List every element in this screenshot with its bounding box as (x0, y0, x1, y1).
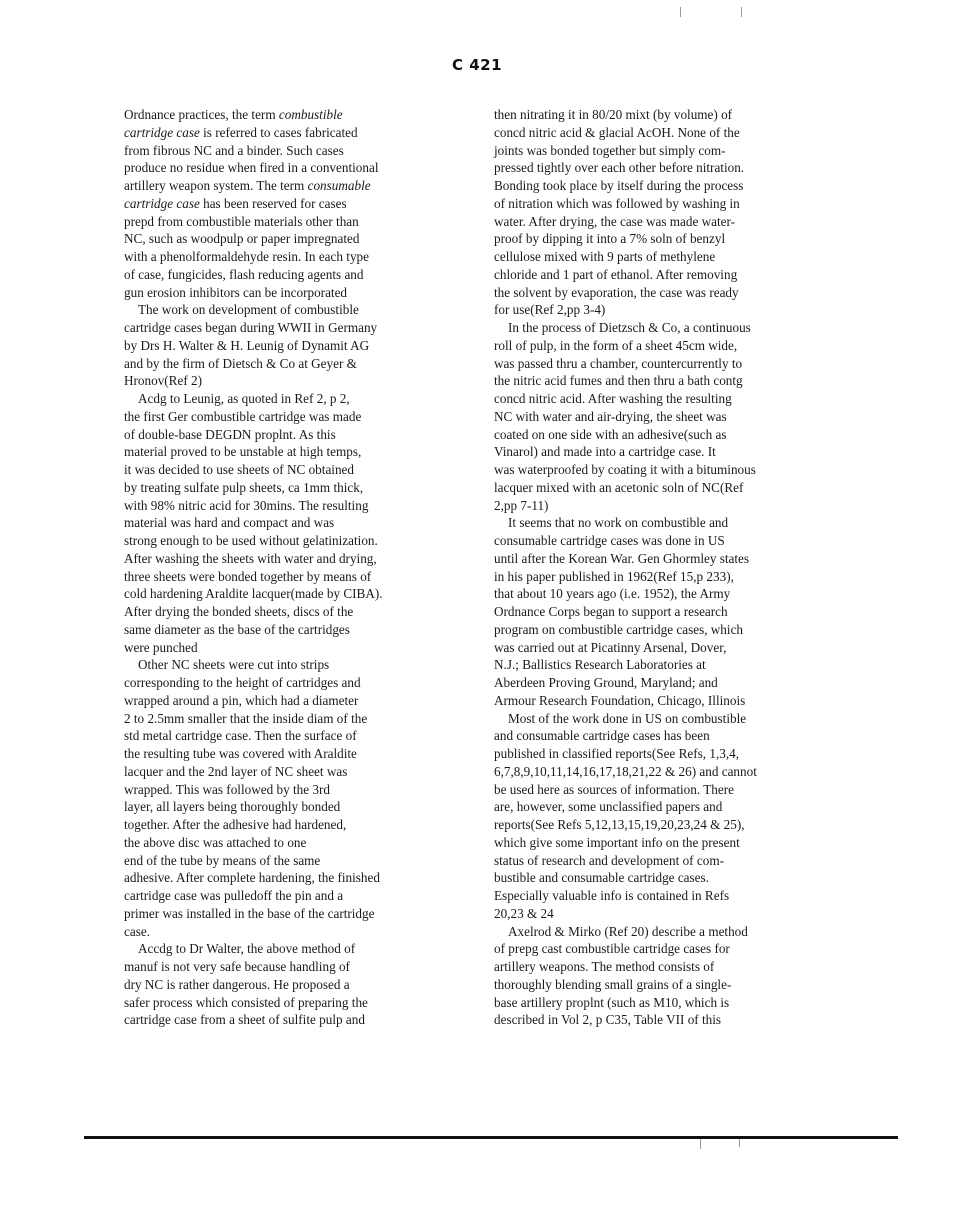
text-segment: cartridge case was pulledoff the pin and… (124, 888, 343, 903)
text-segment: gun erosion inhibitors can be incorporat… (124, 285, 347, 300)
text-line: strong enough to be used without gelatin… (124, 532, 469, 550)
text-segment: has been reserved for cases (200, 196, 347, 211)
text-segment: The work on development of combustible (138, 302, 359, 317)
text-segment: which give some important info on the pr… (494, 835, 740, 850)
text-segment: N.J.; Ballistics Research Laboratories a… (494, 657, 706, 672)
text-segment: Axelrod & Mirko (Ref 20) describe a meth… (508, 924, 748, 939)
text-line: base artillery proplnt (such as M10, whi… (494, 994, 839, 1012)
text-line: it was decided to use sheets of NC obtai… (124, 461, 469, 479)
text-segment: 6,7,8,9,10,11,14,16,17,18,21,22 & 26) an… (494, 764, 757, 779)
text-segment: in his paper published in 1962(Ref 15,p … (494, 569, 734, 584)
text-segment: Ordnance Corps began to support a resear… (494, 604, 728, 619)
text-line: Accdg to Dr Walter, the above method of (124, 940, 469, 958)
text-segment: published in classified reports(See Refs… (494, 746, 739, 761)
text-line: and by the firm of Dietsch & Co at Geyer… (124, 355, 469, 373)
text-line: was waterproofed by coating it with a bi… (494, 461, 839, 479)
text-line: cartridge cases began during WWII in Ger… (124, 319, 469, 337)
text-line: the resulting tube was covered with Aral… (124, 745, 469, 763)
text-segment: std metal cartridge case. Then the surfa… (124, 728, 357, 743)
text-line: Aberdeen Proving Ground, Maryland; and (494, 674, 839, 692)
text-segment: of nitration which was followed by washi… (494, 196, 740, 211)
text-line: Hronov(Ref 2) (124, 372, 469, 390)
text-line: Ordnance Corps began to support a resear… (494, 603, 839, 621)
text-segment: the above disc was attached to one (124, 835, 306, 850)
text-segment: safer process which consisted of prepari… (124, 995, 368, 1010)
text-line: wrapped around a pin, which had a diamet… (124, 692, 469, 710)
text-segment: are, however, some unclassified papers a… (494, 799, 722, 814)
text-line: artillery weapons. The method consists o… (494, 958, 839, 976)
text-line: of double-base DEGDN proplnt. As this (124, 426, 469, 444)
text-line: NC, such as woodpulp or paper impregnate… (124, 230, 469, 248)
text-line: Other NC sheets were cut into strips (124, 656, 469, 674)
text-line: material proved to be unstable at high t… (124, 443, 469, 461)
text-line: of prepg cast combustible cartridge case… (494, 940, 839, 958)
text-line: 6,7,8,9,10,11,14,16,17,18,21,22 & 26) an… (494, 763, 839, 781)
text-line: the first Ger combustible cartridge was … (124, 408, 469, 426)
text-line: layer, all layers being thoroughly bonde… (124, 798, 469, 816)
text-line: program on combustible cartridge cases, … (494, 621, 839, 639)
text-segment: that about 10 years ago (i.e. 1952), the… (494, 586, 730, 601)
text-segment: were punched (124, 640, 198, 655)
text-segment: primer was installed in the base of the … (124, 906, 374, 921)
text-segment: roll of pulp, in the form of a sheet 45c… (494, 338, 737, 353)
text-line: dry NC is rather dangerous. He proposed … (124, 976, 469, 994)
text-segment: the resulting tube was covered with Aral… (124, 746, 357, 761)
text-line: It seems that no work on combustible and (494, 514, 839, 532)
text-line: from fibrous NC and a binder. Such cases (124, 142, 469, 160)
text-line: gun erosion inhibitors can be incorporat… (124, 284, 469, 302)
text-line: of case, fungicides, flash reducing agen… (124, 266, 469, 284)
text-segment: Especially valuable info is contained in… (494, 888, 729, 903)
text-line: same diameter as the base of the cartrid… (124, 621, 469, 639)
text-line: cartridge case has been reserved for cas… (124, 195, 469, 213)
text-segment: 2,pp 7-11) (494, 498, 548, 513)
text-segment: corresponding to the height of cartridge… (124, 675, 361, 690)
text-line: produce no residue when fired in a conve… (124, 159, 469, 177)
text-segment: pressed tightly over each other before n… (494, 160, 744, 175)
text-line: joints was bonded together but simply co… (494, 142, 839, 160)
text-segment: After washing the sheets with water and … (124, 551, 377, 566)
text-line: lacquer and the 2nd layer of NC sheet wa… (124, 763, 469, 781)
text-segment: reports(See Refs 5,12,13,15,19,20,23,24 … (494, 817, 745, 832)
text-segment: together. After the adhesive had hardene… (124, 817, 346, 832)
text-segment: dry NC is rather dangerous. He proposed … (124, 977, 350, 992)
text-segment: prepd from combustible materials other t… (124, 214, 359, 229)
text-line: end of the tube by means of the same (124, 852, 469, 870)
text-line: The work on development of combustible (124, 301, 469, 319)
text-line: then nitrating it in 80/20 mixt (by volu… (494, 106, 839, 124)
text-segment: After drying the bonded sheets, discs of… (124, 604, 353, 619)
text-line: adhesive. After complete hardening, the … (124, 869, 469, 887)
text-segment: thoroughly blending small grains of a si… (494, 977, 731, 992)
text-segment: described in Vol 2, p C35, Table VII of … (494, 1012, 721, 1027)
text-segment: Accdg to Dr Walter, the above method of (138, 941, 355, 956)
text-line: lacquer mixed with an acetonic soln of N… (494, 479, 839, 497)
page-number: C 421 (452, 56, 502, 74)
text-line: Bonding took place by itself during the … (494, 177, 839, 195)
text-segment: and consumable cartridge cases has been (494, 728, 710, 743)
text-segment: case. (124, 924, 150, 939)
text-segment: material proved to be unstable at high t… (124, 444, 361, 459)
text-segment: Armour Research Foundation, Chicago, Ill… (494, 693, 745, 708)
text-segment: then nitrating it in 80/20 mixt (by volu… (494, 107, 732, 122)
text-segment: cartridge cases began during WWII in Ger… (124, 320, 377, 335)
text-line: status of research and development of co… (494, 852, 839, 870)
text-line: which give some important info on the pr… (494, 834, 839, 852)
text-line: roll of pulp, in the form of a sheet 45c… (494, 337, 839, 355)
text-line: that about 10 years ago (i.e. 1952), the… (494, 585, 839, 603)
text-segment: strong enough to be used without gelatin… (124, 533, 378, 548)
text-line: concd nitric acid. After washing the res… (494, 390, 839, 408)
text-segment: for use(Ref 2,pp 3-4) (494, 302, 605, 317)
text-segment: with a phenolformaldehyde resin. In each… (124, 249, 369, 264)
text-segment: 2 to 2.5mm smaller that the inside diam … (124, 711, 367, 726)
text-segment: wrapped. This was followed by the 3rd (124, 782, 330, 797)
text-segment: lacquer mixed with an acetonic soln of N… (494, 480, 743, 495)
text-line: N.J.; Ballistics Research Laboratories a… (494, 656, 839, 674)
text-line: in his paper published in 1962(Ref 15,p … (494, 568, 839, 586)
text-line: and consumable cartridge cases has been (494, 727, 839, 745)
text-segment: the solvent by evaporation, the case was… (494, 285, 739, 300)
text-segment: the first Ger combustible cartridge was … (124, 409, 361, 424)
text-line: of nitration which was followed by washi… (494, 195, 839, 213)
scan-mark (700, 1139, 701, 1149)
text-segment: artillery weapon system. The term (124, 178, 308, 193)
text-line: In the process of Dietzsch & Co, a conti… (494, 319, 839, 337)
text-line: published in classified reports(See Refs… (494, 745, 839, 763)
text-segment: status of research and development of co… (494, 853, 724, 868)
text-segment: It seems that no work on combustible and (508, 515, 728, 530)
text-line: chloride and 1 part of ethanol. After re… (494, 266, 839, 284)
text-segment: consumable cartridge cases was done in U… (494, 533, 725, 548)
text-line: Armour Research Foundation, Chicago, Ill… (494, 692, 839, 710)
text-segment: and by the firm of Dietsch & Co at Geyer… (124, 356, 357, 371)
right-column: then nitrating it in 80/20 mixt (by volu… (494, 106, 839, 1029)
text-line: Acdg to Leunig, as quoted in Ref 2, p 2, (124, 390, 469, 408)
text-line: with a phenolformaldehyde resin. In each… (124, 248, 469, 266)
scan-mark (680, 7, 681, 17)
text-segment: lacquer and the 2nd layer of NC sheet wa… (124, 764, 347, 779)
italic-term: combustible (279, 107, 343, 122)
text-line: After drying the bonded sheets, discs of… (124, 603, 469, 621)
text-segment: end of the tube by means of the same (124, 853, 320, 868)
text-line: three sheets were bonded together by mea… (124, 568, 469, 586)
text-segment: is referred to cases fabricated (200, 125, 358, 140)
text-line: the solvent by evaporation, the case was… (494, 284, 839, 302)
text-segment: Bonding took place by itself during the … (494, 178, 743, 193)
text-segment: concd nitric acid. After washing the res… (494, 391, 732, 406)
text-line: thoroughly blending small grains of a si… (494, 976, 839, 994)
text-segment: Other NC sheets were cut into strips (138, 657, 329, 672)
text-line: proof by dipping it into a 7% soln of be… (494, 230, 839, 248)
text-line: are, however, some unclassified papers a… (494, 798, 839, 816)
text-line: After washing the sheets with water and … (124, 550, 469, 568)
italic-term: cartridge case (124, 196, 200, 211)
text-line: safer process which consisted of prepari… (124, 994, 469, 1012)
text-segment: coated on one side with an adhesive(such… (494, 427, 727, 442)
text-line: the nitric acid fumes and then thru a ba… (494, 372, 839, 390)
document-page: C 421 Ordnance practices, the term combu… (0, 0, 956, 1212)
text-segment: the nitric acid fumes and then thru a ba… (494, 373, 743, 388)
text-line: std metal cartridge case. Then the surfa… (124, 727, 469, 745)
text-line: Ordnance practices, the term combustible (124, 106, 469, 124)
text-segment: of case, fungicides, flash reducing agen… (124, 267, 364, 282)
text-line: cartridge case was pulledoff the pin and… (124, 887, 469, 905)
left-column: Ordnance practices, the term combustible… (124, 106, 469, 1029)
text-segment: of prepg cast combustible cartridge case… (494, 941, 730, 956)
text-segment: was carried out at Picatinny Arsenal, Do… (494, 640, 726, 655)
text-segment: cold hardening Araldite lacquer(made by … (124, 586, 383, 601)
text-line: reports(See Refs 5,12,13,15,19,20,23,24 … (494, 816, 839, 834)
text-line: with 98% nitric acid for 30mins. The res… (124, 497, 469, 515)
text-segment: NC, such as woodpulp or paper impregnate… (124, 231, 360, 246)
text-line: bustible and consumable cartridge cases. (494, 869, 839, 887)
text-segment: concd nitric acid & glacial AcOH. None o… (494, 125, 740, 140)
text-segment: program on combustible cartridge cases, … (494, 622, 743, 637)
text-segment: of double-base DEGDN proplnt. As this (124, 427, 336, 442)
text-segment: cellulose mixed with 9 parts of methylen… (494, 249, 715, 264)
text-segment: was waterproofed by coating it with a bi… (494, 462, 756, 477)
text-line: were punched (124, 639, 469, 657)
text-line: 2 to 2.5mm smaller that the inside diam … (124, 710, 469, 728)
text-line: Axelrod & Mirko (Ref 20) describe a meth… (494, 923, 839, 941)
scan-mark (739, 1139, 740, 1147)
text-line: corresponding to the height of cartridge… (124, 674, 469, 692)
text-line: 20,23 & 24 (494, 905, 839, 923)
italic-term: cartridge case (124, 125, 200, 140)
text-line: consumable cartridge cases was done in U… (494, 532, 839, 550)
text-line: cartridge case from a sheet of sulfite p… (124, 1011, 469, 1029)
text-line: material was hard and compact and was (124, 514, 469, 532)
text-line: by Drs H. Walter & H. Leunig of Dynamit … (124, 337, 469, 355)
text-segment: manuf is not very safe because handling … (124, 959, 350, 974)
text-line: wrapped. This was followed by the 3rd (124, 781, 469, 799)
text-segment: base artillery proplnt (such as M10, whi… (494, 995, 729, 1010)
text-segment: layer, all layers being thoroughly bonde… (124, 799, 340, 814)
text-segment: Aberdeen Proving Ground, Maryland; and (494, 675, 718, 690)
text-line: cartridge case is referred to cases fabr… (124, 124, 469, 142)
text-segment: chloride and 1 part of ethanol. After re… (494, 267, 737, 282)
text-line: water. After drying, the case was made w… (494, 213, 839, 231)
text-line: was carried out at Picatinny Arsenal, Do… (494, 639, 839, 657)
text-segment: Hronov(Ref 2) (124, 373, 202, 388)
text-segment: wrapped around a pin, which had a diamet… (124, 693, 358, 708)
text-line: be used here as sources of information. … (494, 781, 839, 799)
bottom-rule (84, 1136, 898, 1139)
text-line: described in Vol 2, p C35, Table VII of … (494, 1011, 839, 1029)
text-segment: by Drs H. Walter & H. Leunig of Dynamit … (124, 338, 369, 353)
text-segment: cartridge case from a sheet of sulfite p… (124, 1012, 365, 1027)
text-line: artillery weapon system. The term consum… (124, 177, 469, 195)
text-line: Vinarol) and made into a cartridge case.… (494, 443, 839, 461)
text-segment: In the process of Dietzsch & Co, a conti… (508, 320, 751, 335)
text-segment: be used here as sources of information. … (494, 782, 734, 797)
text-segment: proof by dipping it into a 7% soln of be… (494, 231, 725, 246)
text-line: together. After the adhesive had hardene… (124, 816, 469, 834)
text-segment: artillery weapons. The method consists o… (494, 959, 714, 974)
text-line: primer was installed in the base of the … (124, 905, 469, 923)
text-segment: joints was bonded together but simply co… (494, 143, 725, 158)
text-line: was passed thru a chamber, countercurren… (494, 355, 839, 373)
text-line: pressed tightly over each other before n… (494, 159, 839, 177)
text-line: cellulose mixed with 9 parts of methylen… (494, 248, 839, 266)
text-segment: with 98% nitric acid for 30mins. The res… (124, 498, 368, 513)
text-segment: water. After drying, the case was made w… (494, 214, 735, 229)
text-segment: from fibrous NC and a binder. Such cases (124, 143, 344, 158)
text-line: Especially valuable info is contained in… (494, 887, 839, 905)
text-line: coated on one side with an adhesive(such… (494, 426, 839, 444)
text-line: the above disc was attached to one (124, 834, 469, 852)
italic-term: consumable (308, 178, 371, 193)
text-line: for use(Ref 2,pp 3-4) (494, 301, 839, 319)
text-segment: material was hard and compact and was (124, 515, 334, 530)
text-segment: Vinarol) and made into a cartridge case.… (494, 444, 716, 459)
text-segment: was passed thru a chamber, countercurren… (494, 356, 742, 371)
text-line: 2,pp 7-11) (494, 497, 839, 515)
text-line: manuf is not very safe because handling … (124, 958, 469, 976)
text-line: cold hardening Araldite lacquer(made by … (124, 585, 469, 603)
text-segment: bustible and consumable cartridge cases. (494, 870, 709, 885)
text-segment: it was decided to use sheets of NC obtai… (124, 462, 354, 477)
text-line: NC with water and air-drying, the sheet … (494, 408, 839, 426)
text-line: by treating sulfate pulp sheets, ca 1mm … (124, 479, 469, 497)
text-segment: three sheets were bonded together by mea… (124, 569, 371, 584)
text-segment: produce no residue when fired in a conve… (124, 160, 379, 175)
text-line: Most of the work done in US on combustib… (494, 710, 839, 728)
text-segment: by treating sulfate pulp sheets, ca 1mm … (124, 480, 363, 495)
text-segment: Most of the work done in US on combustib… (508, 711, 746, 726)
text-segment: Acdg to Leunig, as quoted in Ref 2, p 2, (138, 391, 350, 406)
text-line: until after the Korean War. Gen Ghormley… (494, 550, 839, 568)
text-line: concd nitric acid & glacial AcOH. None o… (494, 124, 839, 142)
text-line: case. (124, 923, 469, 941)
text-segment: 20,23 & 24 (494, 906, 554, 921)
text-segment: adhesive. After complete hardening, the … (124, 870, 380, 885)
text-segment: same diameter as the base of the cartrid… (124, 622, 350, 637)
text-line: prepd from combustible materials other t… (124, 213, 469, 231)
text-segment: NC with water and air-drying, the sheet … (494, 409, 727, 424)
text-segment: Ordnance practices, the term (124, 107, 279, 122)
text-segment: until after the Korean War. Gen Ghormley… (494, 551, 749, 566)
scan-mark (741, 7, 742, 17)
